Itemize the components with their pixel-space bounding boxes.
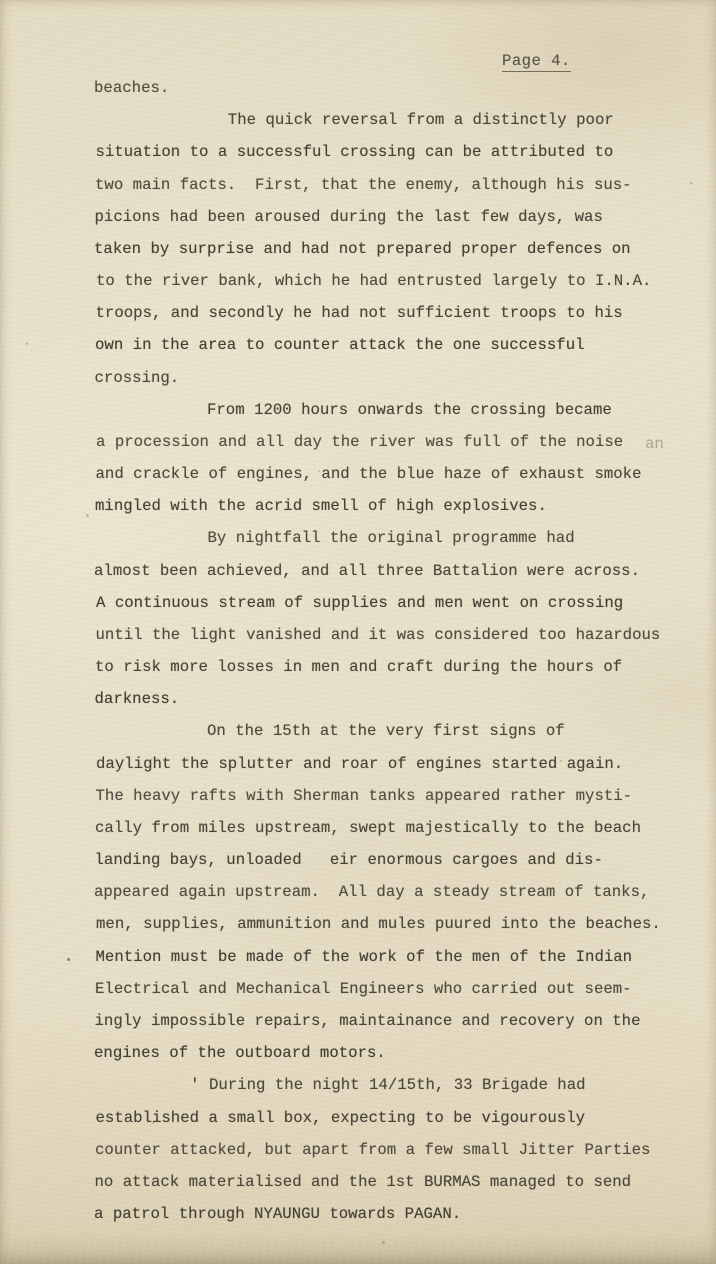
text-line: Electrical and Mechanical Engineers who … — [95, 973, 660, 1005]
paper-speck — [86, 514, 89, 517]
text-line: The heavy rafts with Sherman tanks appea… — [96, 780, 661, 812]
scanned-page: Page 4. beaches. The quick reversal from… — [0, 0, 716, 1264]
text-line: landing bays, unloaded eir enormous carg… — [95, 844, 660, 876]
text-line: engines of the outboard motors. — [94, 1037, 659, 1069]
text-line: The quick reversal from a distinctly poo… — [96, 104, 661, 136]
text-line: mingled with the acrid smell of high exp… — [95, 490, 660, 522]
text-line: until the light vanished and it was cons… — [96, 619, 661, 651]
text-line: ingly impossible repairs, maintainance a… — [95, 1005, 660, 1037]
text-line: counter attacked, but apart from a few s… — [95, 1134, 660, 1166]
text-line: no attack materialised and the 1st BURMA… — [95, 1166, 660, 1198]
text-line: Mention must be made of the work of the … — [96, 941, 661, 973]
text-line: established a small box, expecting to be… — [96, 1102, 661, 1134]
text-line: men, supplies, ammunition and mules puur… — [96, 908, 661, 940]
text-line: On the 15th at the very first signs of — [94, 715, 659, 747]
text-line: to the river bank, which he had entruste… — [96, 265, 661, 297]
text-line: beaches. — [94, 72, 659, 104]
text-line: cally from miles upstream, swept majesti… — [95, 812, 660, 844]
paper-speck — [690, 182, 693, 184]
text-line: almost been achieved, and all three Batt… — [94, 555, 659, 587]
text-line: and crackle of engines, and the blue haz… — [96, 458, 661, 490]
ghost-text: an — [645, 428, 664, 460]
text-line: daylight the splutter and roar of engine… — [96, 748, 661, 780]
text-line: a patrol through NYAUNGU towards PAGAN. — [94, 1198, 659, 1230]
text-line: By nightfall the original programme had — [95, 522, 660, 554]
text-line: From 1200 hours onwards the crossing bec… — [94, 394, 659, 426]
text-line: troops, and secondly he had not sufficie… — [96, 297, 661, 329]
text-line: appeared again upstream. All day a stead… — [94, 876, 659, 908]
text-line: picions had been aroused during the last… — [95, 201, 660, 233]
page-number: Page 4. — [502, 52, 571, 72]
document-text: beaches. The quick reversal from a disti… — [95, 72, 660, 1230]
text-line: A continuous stream of supplies and men … — [96, 587, 661, 619]
text-line: a procession and all day the river was f… — [96, 426, 661, 458]
text-line: own in the area to counter attack the on… — [95, 329, 660, 361]
text-line: taken by surprise and had not prepared p… — [94, 233, 659, 265]
text-line: two main facts. First, that the enemy, a… — [95, 169, 660, 201]
paper-speck — [26, 342, 28, 345]
text-line: darkness. — [95, 683, 660, 715]
text-line: ' During the night 14/15th, 33 Brigade h… — [96, 1069, 661, 1101]
text-line: to risk more losses in men and craft dur… — [95, 651, 660, 683]
text-line: situation to a successful crossing can b… — [96, 136, 661, 168]
paper-speck — [382, 1241, 385, 1244]
text-line: crossing. — [95, 362, 660, 394]
stray-ink-dot — [67, 958, 70, 961]
